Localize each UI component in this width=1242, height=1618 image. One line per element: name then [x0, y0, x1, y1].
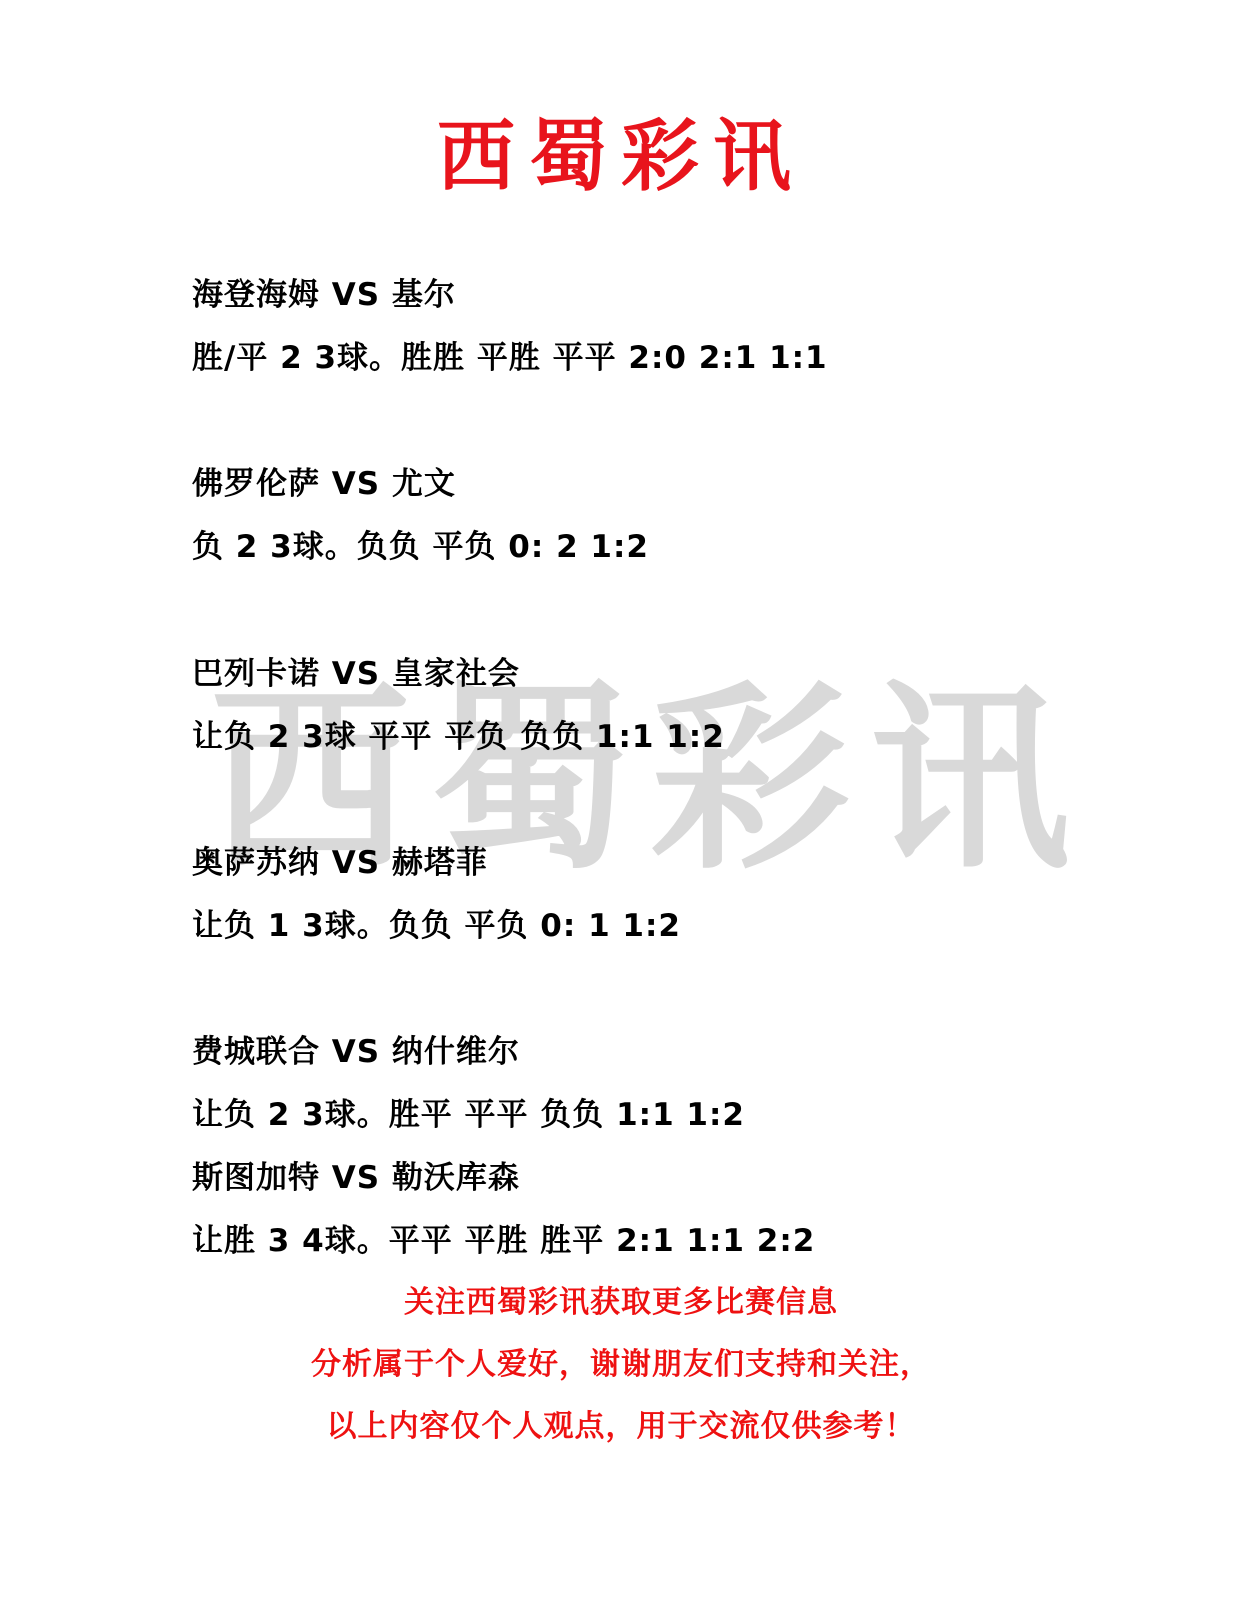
page-title: 西蜀彩讯 — [0, 118, 1242, 196]
match-teams: 佛罗伦萨 VS 尤文 — [192, 469, 456, 500]
match-teams: 巴列卡诺 VS 皇家社会 — [192, 659, 520, 690]
match-teams: 费城联合 VS 纳什维尔 — [192, 1037, 520, 1068]
match-prediction: 让负 2 3球。胜平 平平 负负 1:1 1:2 — [192, 1100, 745, 1131]
match-teams: 海登海姆 VS 基尔 — [192, 280, 456, 311]
footer-disclaimer: 以上内容仅个人观点，用于交流仅供参考！ — [0, 1412, 1242, 1442]
match-prediction: 让负 2 3球 平平 平负 负负 1:1 1:2 — [192, 722, 725, 753]
match-prediction: 让胜 3 4球。平平 平胜 胜平 2:1 1:1 2:2 — [192, 1226, 815, 1257]
match-prediction: 胜/平 2 3球。胜胜 平胜 平平 2:0 2:1 1:1 — [192, 343, 828, 374]
match-teams: 斯图加特 VS 勒沃库森 — [192, 1163, 520, 1194]
footer-thanks-note: 分析属于个人爱好，谢谢朋友们支持和关注， — [0, 1350, 1242, 1380]
match-prediction: 让负 1 3球。负负 平负 0: 1 1:2 — [192, 911, 681, 942]
match-prediction: 负 2 3球。负负 平负 0: 2 1:2 — [192, 532, 649, 563]
footer-follow-note: 关注西蜀彩讯获取更多比赛信息 — [0, 1288, 1242, 1318]
match-teams: 奥萨苏纳 VS 赫塔菲 — [192, 848, 488, 879]
